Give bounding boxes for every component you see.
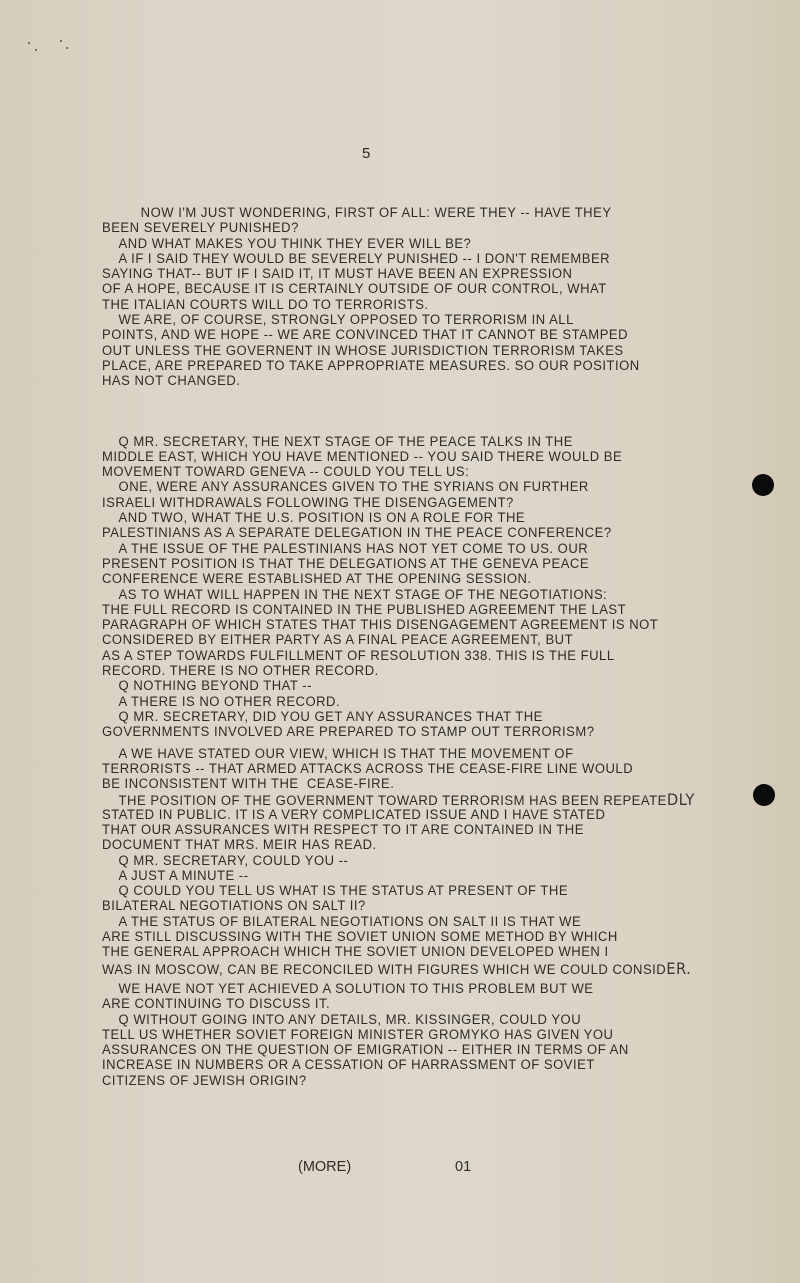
- line-text: INCREASE IN NUMBERS OR A CESSATION OF HA…: [102, 1057, 595, 1073]
- transcript-line: POINTS, AND WE HOPE -- WE ARE CONVINCED …: [102, 328, 709, 343]
- line-text: STATED IN PUBLIC. IT IS A VERY COMPLICAT…: [102, 807, 605, 823]
- line-text: A JUST A MINUTE --: [119, 868, 249, 884]
- line-text: CONSIDERED BY EITHER PARTY AS A FINAL PE…: [102, 632, 573, 648]
- line-text: PALESTINIANS AS A SEPARATE DELEGATION IN…: [102, 525, 612, 541]
- line-text: A IF I SAID THEY WOULD BE SEVERELY PUNIS…: [119, 251, 611, 267]
- transcript-line: ONE, WERE ANY ASSURANCES GIVEN TO THE SY…: [102, 480, 709, 495]
- line-text: A THE ISSUE OF THE PALESTINIANS HAS NOT …: [119, 541, 589, 557]
- line-text: AND WHAT MAKES YOU THINK THEY EVER WILL …: [119, 236, 472, 252]
- line-text: CITIZENS OF JEWISH ORIGIN?: [102, 1073, 307, 1089]
- line-text: TERRORISTS -- THAT ARMED ATTACKS ACROSS …: [102, 761, 633, 777]
- line-text: NOW I'M JUST WONDERING, FIRST OF ALL: WE…: [141, 205, 612, 221]
- transcript-line: THE FULL RECORD IS CONTAINED IN THE PUBL…: [102, 603, 709, 618]
- line-text: PRESENT POSITION IS THAT THE DELEGATIONS…: [102, 556, 589, 572]
- transcript-line: ASSURANCES ON THE QUESTION OF EMIGRATION…: [102, 1043, 709, 1058]
- document-page: 5 NOW I'M JUST WONDERING, FIRST OF ALL: …: [0, 0, 800, 1283]
- line-text: WE HAVE NOT YET ACHIEVED A SOLUTION TO T…: [119, 981, 594, 997]
- transcript-line: PARAGRAPH OF WHICH STATES THAT THIS DISE…: [102, 618, 709, 633]
- transcript-line: BEEN SEVERELY PUNISHED?: [102, 221, 709, 236]
- line-text: BE INCONSISTENT WITH THE CEASE-FIRE.: [102, 776, 394, 792]
- transcript-line: A THERE IS NO OTHER RECORD.: [102, 695, 709, 710]
- line-text: THE ITALIAN COURTS WILL DO TO TERRORISTS…: [102, 297, 429, 313]
- line-text: AS TO WHAT WILL HAPPEN IN THE NEXT STAGE…: [119, 587, 608, 603]
- line-text: BILATERAL NEGOTIATIONS ON SALT II?: [102, 898, 366, 914]
- transcript-line: AS TO WHAT WILL HAPPEN IN THE NEXT STAGE…: [102, 588, 709, 603]
- line-text: THAT OUR ASSURANCES WITH RESPECT TO IT A…: [102, 822, 584, 838]
- transcript-line: WE HAVE NOT YET ACHIEVED A SOLUTION TO T…: [102, 982, 709, 997]
- transcript-line: PALESTINIANS AS A SEPARATE DELEGATION IN…: [102, 526, 709, 541]
- transcript-line: WE ARE, OF COURSE, STRONGLY OPPOSED TO T…: [102, 313, 709, 328]
- line-text: TELL US WHETHER SOVIET FOREIGN MINISTER …: [102, 1027, 613, 1043]
- transcript-line: MIDDLE EAST, WHICH YOU HAVE MENTIONED --…: [102, 450, 709, 465]
- transcript-line: A JUST A MINUTE --: [102, 869, 709, 884]
- transcript-line: TERRORISTS -- THAT ARMED ATTACKS ACROSS …: [102, 762, 709, 777]
- transcript-line: WAS IN MOSCOW, CAN BE RECONCILED WITH FI…: [102, 961, 709, 976]
- transcript-line: OF A HOPE, BECAUSE IT IS CERTAINLY OUTSI…: [102, 282, 709, 297]
- transcript-line: BILATERAL NEGOTIATIONS ON SALT II?: [102, 899, 709, 914]
- transcript-line: THE GENERAL APPROACH WHICH THE SOVIET UN…: [102, 945, 709, 960]
- line-text: MIDDLE EAST, WHICH YOU HAVE MENTIONED --…: [102, 449, 622, 465]
- transcript-line: A THE STATUS OF BILATERAL NEGOTIATIONS O…: [102, 915, 709, 930]
- transcript-line: PRESENT POSITION IS THAT THE DELEGATIONS…: [102, 557, 709, 572]
- transcript-line: RECORD. THERE IS NO OTHER RECORD.: [102, 664, 709, 679]
- transcript-line: MOVEMENT TOWARD GENEVA -- COULD YOU TELL…: [102, 465, 709, 480]
- transcript-line: GOVERNMENTS INVOLVED ARE PREPARED TO STA…: [102, 725, 709, 740]
- line-text: SAYING THAT-- BUT IF I SAID IT, IT MUST …: [102, 266, 572, 282]
- transcript-line: ISRAELI WITHDRAWALS FOLLOWING THE DISENG…: [102, 496, 709, 511]
- handwritten-correction: DLY: [667, 790, 695, 809]
- transcript-body: NOW I'M JUST WONDERING, FIRST OF ALL: WE…: [102, 206, 709, 1089]
- line-text: WE ARE, OF COURSE, STRONGLY OPPOSED TO T…: [119, 312, 574, 328]
- transcript-line: Q NOTHING BEYOND THAT --: [102, 679, 709, 694]
- page-number: 5: [362, 145, 370, 162]
- transcript-line: A WE HAVE STATED OUR VIEW, WHICH IS THAT…: [102, 747, 709, 762]
- transcript-line: THE POSITION OF THE GOVERNMENT TOWARD TE…: [102, 792, 709, 807]
- transcript-line: ARE CONTINUING TO DISCUSS IT.: [102, 997, 709, 1012]
- transcript-line: THE ITALIAN COURTS WILL DO TO TERRORISTS…: [102, 298, 709, 313]
- punch-hole-icon: [752, 474, 774, 496]
- line-text: THE GENERAL APPROACH WHICH THE SOVIET UN…: [102, 944, 609, 960]
- line-text: PARAGRAPH OF WHICH STATES THAT THIS DISE…: [102, 617, 658, 633]
- transcript-line: OUT UNLESS THE GOVERNENT IN WHOSE JURISD…: [102, 344, 709, 359]
- transcript-line: CONSIDERED BY EITHER PARTY AS A FINAL PE…: [102, 633, 709, 648]
- transcript-line: NOW I'M JUST WONDERING, FIRST OF ALL: WE…: [102, 206, 709, 221]
- line-text: A THE STATUS OF BILATERAL NEGOTIATIONS O…: [119, 914, 582, 930]
- line-text: OF A HOPE, BECAUSE IT IS CERTAINLY OUTSI…: [102, 281, 607, 297]
- line-text: ARE STILL DISCUSSING WITH THE SOVIET UNI…: [102, 929, 618, 945]
- line-text: ISRAELI WITHDRAWALS FOLLOWING THE DISENG…: [102, 495, 514, 511]
- line-text: BEEN SEVERELY PUNISHED?: [102, 220, 299, 236]
- transcript-line: CITIZENS OF JEWISH ORIGIN?: [102, 1074, 709, 1089]
- transcript-line: TELL US WHETHER SOVIET FOREIGN MINISTER …: [102, 1028, 709, 1043]
- line-text: Q MR. SECRETARY, THE NEXT STAGE OF THE P…: [119, 434, 573, 450]
- transcript-line: A THE ISSUE OF THE PALESTINIANS HAS NOT …: [102, 542, 709, 557]
- line-text: ONE, WERE ANY ASSURANCES GIVEN TO THE SY…: [119, 479, 589, 495]
- transcript-line: THAT OUR ASSURANCES WITH RESPECT TO IT A…: [102, 823, 709, 838]
- more-marker: (MORE): [298, 1159, 351, 1175]
- line-text: CONFERENCE WERE ESTABLISHED AT THE OPENI…: [102, 571, 532, 587]
- transcript-line: HAS NOT CHANGED.: [102, 374, 709, 389]
- transcript-line: AS A STEP TOWARDS FULFILLMENT OF RESOLUT…: [102, 649, 709, 664]
- line-text: A WE HAVE STATED OUR VIEW, WHICH IS THAT…: [119, 746, 574, 762]
- line-text: Q NOTHING BEYOND THAT --: [119, 678, 312, 694]
- line-text: RECORD. THERE IS NO OTHER RECORD.: [102, 663, 379, 679]
- line-text: WAS IN MOSCOW, CAN BE RECONCILED WITH FI…: [102, 962, 666, 978]
- transcript-line: BE INCONSISTENT WITH THE CEASE-FIRE.: [102, 777, 709, 792]
- line-text: OUT UNLESS THE GOVERNENT IN WHOSE JURISD…: [102, 343, 624, 359]
- line-text: Q MR. SECRETARY, DID YOU GET ANY ASSURAN…: [119, 709, 543, 725]
- line-text: PLACE, ARE PREPARED TO TAKE APPROPRIATE …: [102, 358, 640, 374]
- line-text: GOVERNMENTS INVOLVED ARE PREPARED TO STA…: [102, 724, 595, 740]
- transcript-line: SAYING THAT-- BUT IF I SAID IT, IT MUST …: [102, 267, 709, 282]
- line-text: HAS NOT CHANGED.: [102, 373, 240, 389]
- transcript-line: DOCUMENT THAT MRS. MEIR HAS READ.: [102, 838, 709, 853]
- transcript-line: AND WHAT MAKES YOU THINK THEY EVER WILL …: [102, 237, 709, 252]
- transcript-line: Q MR. SECRETARY, THE NEXT STAGE OF THE P…: [102, 435, 709, 450]
- transcript-line: Q MR. SECRETARY, DID YOU GET ANY ASSURAN…: [102, 710, 709, 725]
- line-text: DOCUMENT THAT MRS. MEIR HAS READ.: [102, 837, 377, 853]
- line-text: AND TWO, WHAT THE U.S. POSITION IS ON A …: [119, 510, 526, 526]
- transcript-line: PLACE, ARE PREPARED TO TAKE APPROPRIATE …: [102, 359, 709, 374]
- line-text: Q WITHOUT GOING INTO ANY DETAILS, MR. KI…: [119, 1012, 582, 1028]
- transcript-line: Q COULD YOU TELL US WHAT IS THE STATUS A…: [102, 884, 709, 899]
- transcript-line: STATED IN PUBLIC. IT IS A VERY COMPLICAT…: [102, 808, 709, 823]
- line-text: Q MR. SECRETARY, COULD YOU --: [119, 853, 349, 869]
- line-text: A THERE IS NO OTHER RECORD.: [119, 694, 341, 710]
- line-text: POINTS, AND WE HOPE -- WE ARE CONVINCED …: [102, 327, 628, 343]
- transcript-line: ARE STILL DISCUSSING WITH THE SOVIET UNI…: [102, 930, 709, 945]
- line-text: ARE CONTINUING TO DISCUSS IT.: [102, 996, 330, 1012]
- transcript-line: A IF I SAID THEY WOULD BE SEVERELY PUNIS…: [102, 252, 709, 267]
- line-text: AS A STEP TOWARDS FULFILLMENT OF RESOLUT…: [102, 648, 615, 664]
- transcript-line: AND TWO, WHAT THE U.S. POSITION IS ON A …: [102, 511, 709, 526]
- line-text: MOVEMENT TOWARD GENEVA -- COULD YOU TELL…: [102, 464, 469, 480]
- section-gap: [102, 390, 709, 435]
- handwritten-correction: ER.: [666, 959, 691, 978]
- transcript-line: INCREASE IN NUMBERS OR A CESSATION OF HA…: [102, 1058, 709, 1073]
- punch-hole-icon: [753, 784, 775, 806]
- transcript-line: Q WITHOUT GOING INTO ANY DETAILS, MR. KI…: [102, 1013, 709, 1028]
- page-code: 01: [455, 1159, 471, 1175]
- line-text: THE FULL RECORD IS CONTAINED IN THE PUBL…: [102, 602, 626, 618]
- line-text: Q COULD YOU TELL US WHAT IS THE STATUS A…: [119, 883, 568, 899]
- line-text: ASSURANCES ON THE QUESTION OF EMIGRATION…: [102, 1042, 629, 1058]
- transcript-line: CONFERENCE WERE ESTABLISHED AT THE OPENI…: [102, 572, 709, 587]
- transcript-line: Q MR. SECRETARY, COULD YOU --: [102, 854, 709, 869]
